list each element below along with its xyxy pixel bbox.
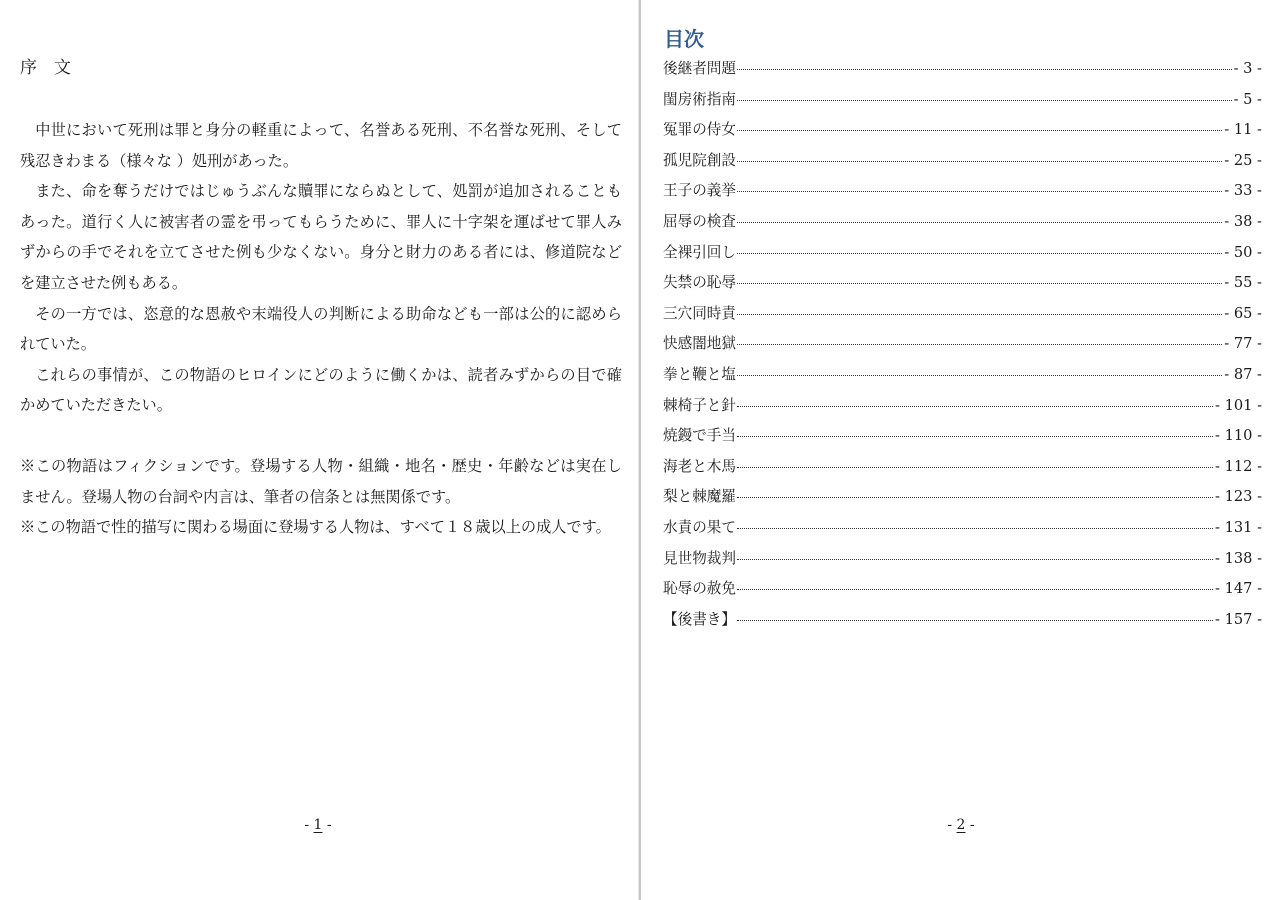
page-number-prefix: -	[947, 817, 956, 833]
toc-entry-label[interactable]: 拳と鞭と塩	[663, 363, 736, 387]
toc-entry-label[interactable]: 見世物裁判	[663, 547, 736, 571]
preface-paragraph: 中世において死刑は罪と身分の軽重によって、名誉ある死刑、不名誉な死刑、そして残忍…	[20, 115, 622, 176]
toc-entry-label[interactable]: 水責の果て	[663, 516, 736, 540]
toc-entry-label[interactable]: 恥辱の赦免	[663, 577, 736, 601]
toc-dot-leader	[737, 466, 1213, 468]
toc-entry[interactable]: 失禁の恥辱- 55 -	[663, 271, 1262, 302]
toc-entry[interactable]: 水責の果て- 131 -	[663, 516, 1262, 547]
toc-dot-leader	[737, 68, 1232, 70]
toc-entry-page-number[interactable]: - 5 -	[1234, 88, 1262, 112]
toc-entry[interactable]: 恥辱の赦免- 147 -	[663, 577, 1262, 608]
preface-body: 中世において死刑は罪と身分の軽重によって、名誉ある死刑、不名誉な死刑、そして残忍…	[20, 115, 622, 421]
toc-entry-page-number[interactable]: - 87 -	[1224, 363, 1262, 387]
toc-entry-label[interactable]: 海老と木馬	[663, 455, 736, 479]
toc-entry-label[interactable]: 冤罪の侍女	[663, 118, 736, 142]
toc-entry-label[interactable]: 棘椅子と針	[663, 394, 736, 418]
toc-dot-leader	[737, 405, 1213, 407]
toc-entry-label[interactable]: 後継者問題	[663, 57, 736, 81]
page-number-suffix: -	[322, 817, 331, 833]
toc-entry-page-number[interactable]: - 157 -	[1215, 608, 1262, 632]
page-divider	[638, 0, 641, 900]
toc-dot-leader	[737, 99, 1232, 101]
toc-entry-page-number[interactable]: - 55 -	[1224, 271, 1262, 295]
preface-paragraph: これらの事情が、この物語のヒロインにどのように働くかは、読者みずからの目で確かめ…	[20, 360, 622, 421]
toc-entry[interactable]: 拳と鞭と塩- 87 -	[663, 363, 1262, 394]
toc-entry-label[interactable]: 全裸引回し	[663, 241, 736, 265]
toc-entry-page-number[interactable]: - 123 -	[1215, 485, 1262, 509]
toc-entry[interactable]: 三穴同時責- 65 -	[663, 302, 1262, 333]
toc-entry-page-number[interactable]: - 101 -	[1215, 394, 1262, 418]
toc-entry[interactable]: 後継者問題- 3 -	[663, 57, 1262, 88]
disclaimer-notes: ※この物語はフィクションです。登場する人物・組織・地名・歴史・年齢などは実在しま…	[20, 451, 622, 543]
toc-dot-leader	[737, 496, 1213, 498]
toc-dot-leader	[737, 129, 1222, 131]
toc-entry[interactable]: 閨房術指南- 5 -	[663, 88, 1262, 119]
toc-dot-leader	[737, 282, 1222, 284]
page-number: - 2 -	[931, 815, 991, 835]
toc-entry[interactable]: 孤児院創設- 25 -	[663, 149, 1262, 180]
page-number-suffix: -	[965, 817, 974, 833]
toc-entry-page-number[interactable]: - 25 -	[1224, 149, 1262, 173]
toc-entry-label[interactable]: 三穴同時責	[663, 302, 736, 326]
preface-paragraph: また、命を奪うだけではじゅうぶんな贖罪にならぬとして、処罰が追加されることもあっ…	[20, 176, 622, 298]
toc-entry-page-number[interactable]: - 3 -	[1234, 57, 1262, 81]
toc-entry-page-number[interactable]: - 110 -	[1215, 424, 1262, 448]
toc-entry-page-number[interactable]: - 131 -	[1215, 516, 1262, 540]
toc-dot-leader	[737, 252, 1222, 254]
toc-entry-page-number[interactable]: - 33 -	[1224, 179, 1262, 203]
toc-entry[interactable]: 棘椅子と針- 101 -	[663, 394, 1262, 425]
toc-dot-leader	[737, 588, 1213, 590]
toc-entry[interactable]: 全裸引回し- 50 -	[663, 241, 1262, 272]
toc-entry-page-number[interactable]: - 112 -	[1215, 455, 1262, 479]
toc-dot-leader	[737, 527, 1213, 529]
toc-entry-page-number[interactable]: - 77 -	[1224, 332, 1262, 356]
toc-title: 目次	[664, 26, 704, 52]
toc-entry-label[interactable]: 快感闇地獄	[663, 332, 736, 356]
toc-dot-leader	[737, 435, 1213, 437]
toc-dot-leader	[737, 160, 1222, 162]
preface-title: 序 文	[20, 57, 71, 79]
disclaimer-note: ※この物語はフィクションです。登場する人物・組織・地名・歴史・年齢などは実在しま…	[20, 451, 622, 512]
toc-entry[interactable]: 屈辱の検査- 38 -	[663, 210, 1262, 241]
toc-entry-label[interactable]: 失禁の恥辱	[663, 271, 736, 295]
table-of-contents: 後継者問題- 3 -閨房術指南- 5 -冤罪の侍女- 11 -孤児院創設- 25…	[663, 57, 1262, 638]
toc-entry[interactable]: 海老と木馬- 112 -	[663, 455, 1262, 486]
toc-dot-leader	[737, 313, 1222, 315]
toc-dot-leader	[737, 190, 1222, 192]
toc-entry-label[interactable]: 閨房術指南	[663, 88, 736, 112]
toc-entry-label[interactable]: 屈辱の検査	[663, 210, 736, 234]
page-2: 目次 後継者問題- 3 -閨房術指南- 5 -冤罪の侍女- 11 -孤児院創設-…	[642, 0, 1280, 900]
toc-dot-leader	[737, 221, 1222, 223]
toc-entry-label[interactable]: 孤児院創設	[663, 149, 736, 173]
toc-entry-page-number[interactable]: - 147 -	[1215, 577, 1262, 601]
toc-entry-page-number[interactable]: - 65 -	[1224, 302, 1262, 326]
toc-entry-label[interactable]: 【後書き】	[663, 608, 736, 632]
toc-dot-leader	[737, 558, 1213, 560]
toc-dot-leader	[737, 619, 1213, 621]
toc-entry[interactable]: 見世物裁判- 138 -	[663, 547, 1262, 578]
page-number: - 1 -	[288, 815, 348, 835]
page-1: 序 文 中世において死刑は罪と身分の軽重によって、名誉ある死刑、不名誉な死刑、そ…	[0, 0, 638, 900]
toc-entry[interactable]: 王子の義挙- 33 -	[663, 179, 1262, 210]
toc-entry[interactable]: 冤罪の侍女- 11 -	[663, 118, 1262, 149]
disclaimer-note: ※この物語で性的描写に関わる場面に登場する人物は、すべて１８歳以上の成人です。	[20, 512, 622, 543]
toc-dot-leader	[737, 343, 1222, 345]
toc-entry[interactable]: 梨と棘魔羅- 123 -	[663, 485, 1262, 516]
toc-entry-label[interactable]: 王子の義挙	[663, 179, 736, 203]
toc-entry-page-number[interactable]: - 138 -	[1215, 547, 1262, 571]
toc-entry-label[interactable]: 焼鏝で手当	[663, 424, 736, 448]
toc-entry-page-number[interactable]: - 38 -	[1224, 210, 1262, 234]
toc-entry[interactable]: 焼鏝で手当- 110 -	[663, 424, 1262, 455]
preface-paragraph: その一方では、恣意的な恩赦や末端役人の判断による助命なども一部は公的に認められて…	[20, 299, 622, 360]
page-number-prefix: -	[304, 817, 313, 833]
toc-entry-label[interactable]: 梨と棘魔羅	[663, 485, 736, 509]
toc-entry-page-number[interactable]: - 50 -	[1224, 241, 1262, 265]
toc-entry-page-number[interactable]: - 11 -	[1224, 118, 1262, 142]
toc-entry[interactable]: 快感闇地獄- 77 -	[663, 332, 1262, 363]
toc-entry[interactable]: 【後書き】- 157 -	[663, 608, 1262, 639]
toc-dot-leader	[737, 374, 1222, 376]
